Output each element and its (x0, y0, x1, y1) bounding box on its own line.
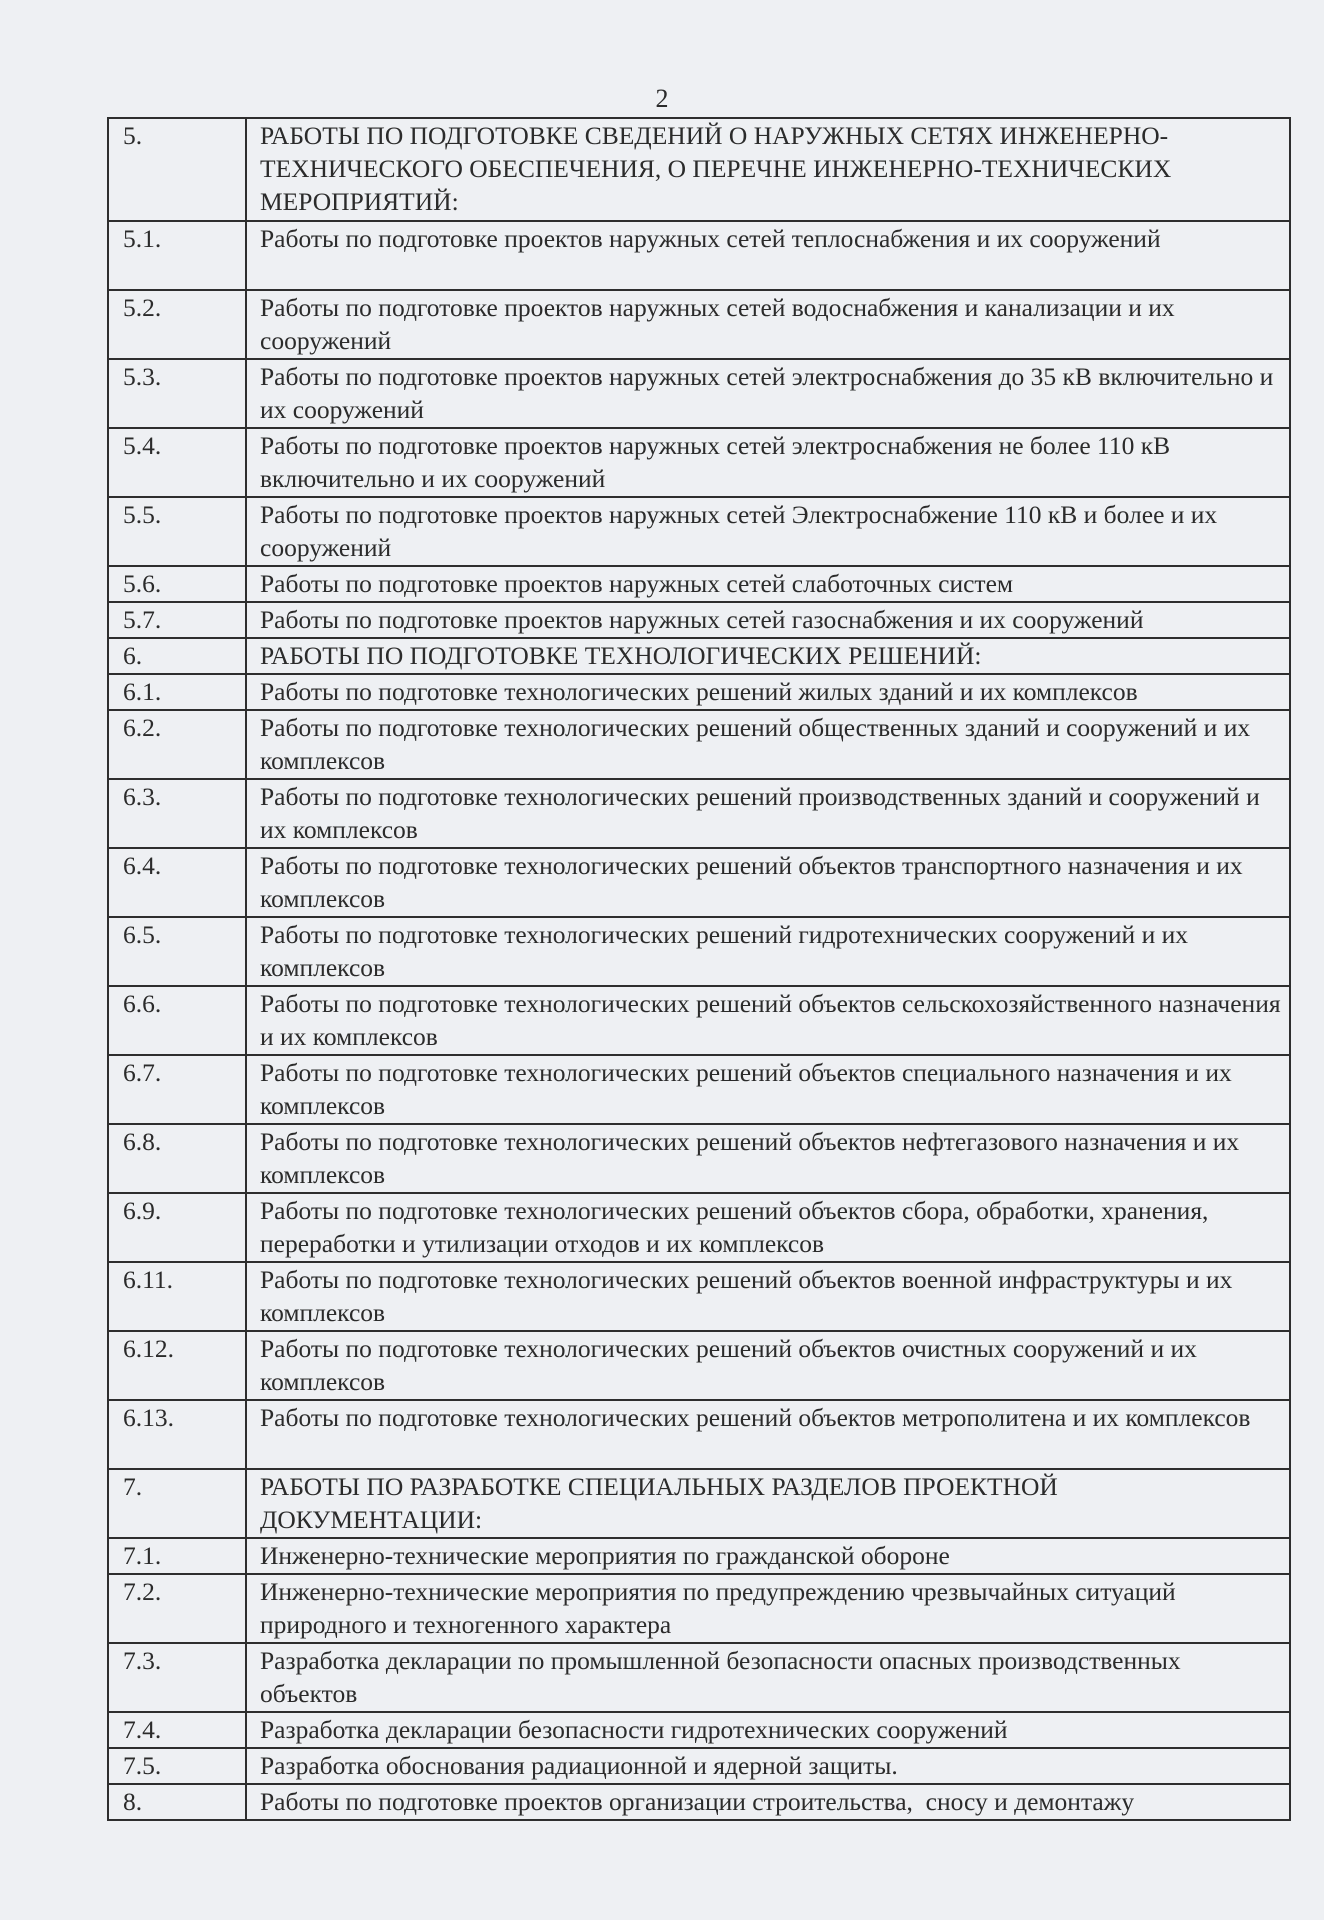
item-description: Работы по подготовке технологических реш… (246, 779, 1290, 848)
item-description: Разработка обоснования радиационной и яд… (246, 1748, 1290, 1784)
item-number: 7.1. (108, 1538, 246, 1574)
item-number: 6.2. (108, 710, 246, 779)
item-number: 6.7. (108, 1055, 246, 1124)
item-description: Работы по подготовке технологических реш… (246, 1124, 1290, 1193)
item-description: Работы по подготовке проектов наружных с… (246, 497, 1290, 566)
item-number: 7.5. (108, 1748, 246, 1784)
table-row: 6.9.Работы по подготовке технологических… (108, 1193, 1290, 1262)
item-description: Работы по подготовке проектов наружных с… (246, 566, 1290, 602)
item-number: 6.5. (108, 917, 246, 986)
item-number: 5.5. (108, 497, 246, 566)
table-row: 6.12.Работы по подготовке технологически… (108, 1331, 1290, 1400)
item-number: 6.8. (108, 1124, 246, 1193)
section-row: 5.РАБОТЫ ПО ПОДГОТОВКЕ СВЕДЕНИЙ О НАРУЖН… (108, 118, 1290, 221)
table-row: 7.5.Разработка обоснования радиационной … (108, 1748, 1290, 1784)
item-number: 6.12. (108, 1331, 246, 1400)
table-row: 6.4.Работы по подготовке технологических… (108, 848, 1290, 917)
table-row: 6.5.Работы по подготовке технологических… (108, 917, 1290, 986)
item-description: Работы по подготовке технологических реш… (246, 1331, 1290, 1400)
item-number: 5.7. (108, 602, 246, 638)
section-title: РАБОТЫ ПО РАЗРАБОТКЕ СПЕЦИАЛЬНЫХ РАЗДЕЛО… (246, 1469, 1290, 1538)
table-row: 6.3.Работы по подготовке технологических… (108, 779, 1290, 848)
item-number: 6.11. (108, 1262, 246, 1331)
item-description: Работы по подготовке технологических реш… (246, 986, 1290, 1055)
table-row: 6.1.Работы по подготовке технологических… (108, 674, 1290, 710)
works-table: 5.РАБОТЫ ПО ПОДГОТОВКЕ СВЕДЕНИЙ О НАРУЖН… (107, 117, 1291, 1821)
item-description: Работы по подготовке проектов наружных с… (246, 290, 1290, 359)
item-number: 7.2. (108, 1574, 246, 1643)
table-row: 7.4.Разработка декларации безопасности г… (108, 1712, 1290, 1748)
table-row: 6.2.Работы по подготовке технологических… (108, 710, 1290, 779)
section-row: 7.РАБОТЫ ПО РАЗРАБОТКЕ СПЕЦИАЛЬНЫХ РАЗДЕ… (108, 1469, 1290, 1538)
section-title: РАБОТЫ ПО ПОДГОТОВКЕ ТЕХНОЛОГИЧЕСКИХ РЕШ… (246, 638, 1290, 674)
item-number: 6.6. (108, 986, 246, 1055)
table-row: 5.2.Работы по подготовке проектов наружн… (108, 290, 1290, 359)
item-number: 6.3. (108, 779, 246, 848)
item-number: 5.2. (108, 290, 246, 359)
item-description: Инженерно-технические мероприятия по пре… (246, 1574, 1290, 1643)
table-row: 5.5.Работы по подготовке проектов наружн… (108, 497, 1290, 566)
table-row: 5.3.Работы по подготовке проектов наружн… (108, 359, 1290, 428)
item-number: 5.3. (108, 359, 246, 428)
section-title: РАБОТЫ ПО ПОДГОТОВКЕ СВЕДЕНИЙ О НАРУЖНЫХ… (246, 118, 1290, 221)
item-description: Работы по подготовке проектов наружных с… (246, 221, 1290, 290)
item-description: Работы по подготовке технологических реш… (246, 1193, 1290, 1262)
item-number: 7.3. (108, 1643, 246, 1712)
item-number: 6. (108, 638, 246, 674)
table-row: 5.4.Работы по подготовке проектов наружн… (108, 428, 1290, 497)
item-description: Работы по подготовке проектов наружных с… (246, 602, 1290, 638)
table-row: 6.8.Работы по подготовке технологических… (108, 1124, 1290, 1193)
item-number: 6.9. (108, 1193, 246, 1262)
works-table-body: 5.РАБОТЫ ПО ПОДГОТОВКЕ СВЕДЕНИЙ О НАРУЖН… (108, 118, 1290, 1820)
table-row: 6.7.Работы по подготовке технологических… (108, 1055, 1290, 1124)
page-number: 2 (0, 84, 1324, 114)
table-row: 7.2.Инженерно-технические мероприятия по… (108, 1574, 1290, 1643)
item-description: Разработка декларации по промышленной бе… (246, 1643, 1290, 1712)
item-number: 7. (108, 1469, 246, 1538)
table-row: 5.7.Работы по подготовке проектов наружн… (108, 602, 1290, 638)
item-number: 8. (108, 1784, 246, 1820)
item-description: Работы по подготовке технологических реш… (246, 674, 1290, 710)
table-row: 5.1.Работы по подготовке проектов наружн… (108, 221, 1290, 290)
item-description: Работы по подготовке проектов наружных с… (246, 428, 1290, 497)
item-number: 7.4. (108, 1712, 246, 1748)
table-row: 7.1.Инженерно-технические мероприятия по… (108, 1538, 1290, 1574)
section-row: 6.РАБОТЫ ПО ПОДГОТОВКЕ ТЕХНОЛОГИЧЕСКИХ Р… (108, 638, 1290, 674)
table-row: 6.6.Работы по подготовке технологических… (108, 986, 1290, 1055)
item-description: Работы по подготовке технологических реш… (246, 1400, 1290, 1469)
table-row: 5.6.Работы по подготовке проектов наружн… (108, 566, 1290, 602)
item-number: 5.6. (108, 566, 246, 602)
item-number: 5.4. (108, 428, 246, 497)
item-description: Работы по подготовке технологических реш… (246, 710, 1290, 779)
item-description: Разработка декларации безопасности гидро… (246, 1712, 1290, 1748)
table-row: 8.Работы по подготовке проектов организа… (108, 1784, 1290, 1820)
item-number: 5. (108, 118, 246, 221)
table-row: 7.3.Разработка декларации по промышленно… (108, 1643, 1290, 1712)
item-number: 6.4. (108, 848, 246, 917)
table-row: 6.13.Работы по подготовке технологически… (108, 1400, 1290, 1469)
table-row: 6.11.Работы по подготовке технологически… (108, 1262, 1290, 1331)
item-number: 6.13. (108, 1400, 246, 1469)
item-number: 6.1. (108, 674, 246, 710)
item-description: Инженерно-технические мероприятия по гра… (246, 1538, 1290, 1574)
item-description: Работы по подготовке технологических реш… (246, 917, 1290, 986)
item-description: Работы по подготовке технологических реш… (246, 1262, 1290, 1331)
item-description: Работы по подготовке проектов организаци… (246, 1784, 1290, 1820)
item-description: Работы по подготовке технологических реш… (246, 1055, 1290, 1124)
item-description: Работы по подготовке проектов наружных с… (246, 359, 1290, 428)
item-description: Работы по подготовке технологических реш… (246, 848, 1290, 917)
item-number: 5.1. (108, 221, 246, 290)
